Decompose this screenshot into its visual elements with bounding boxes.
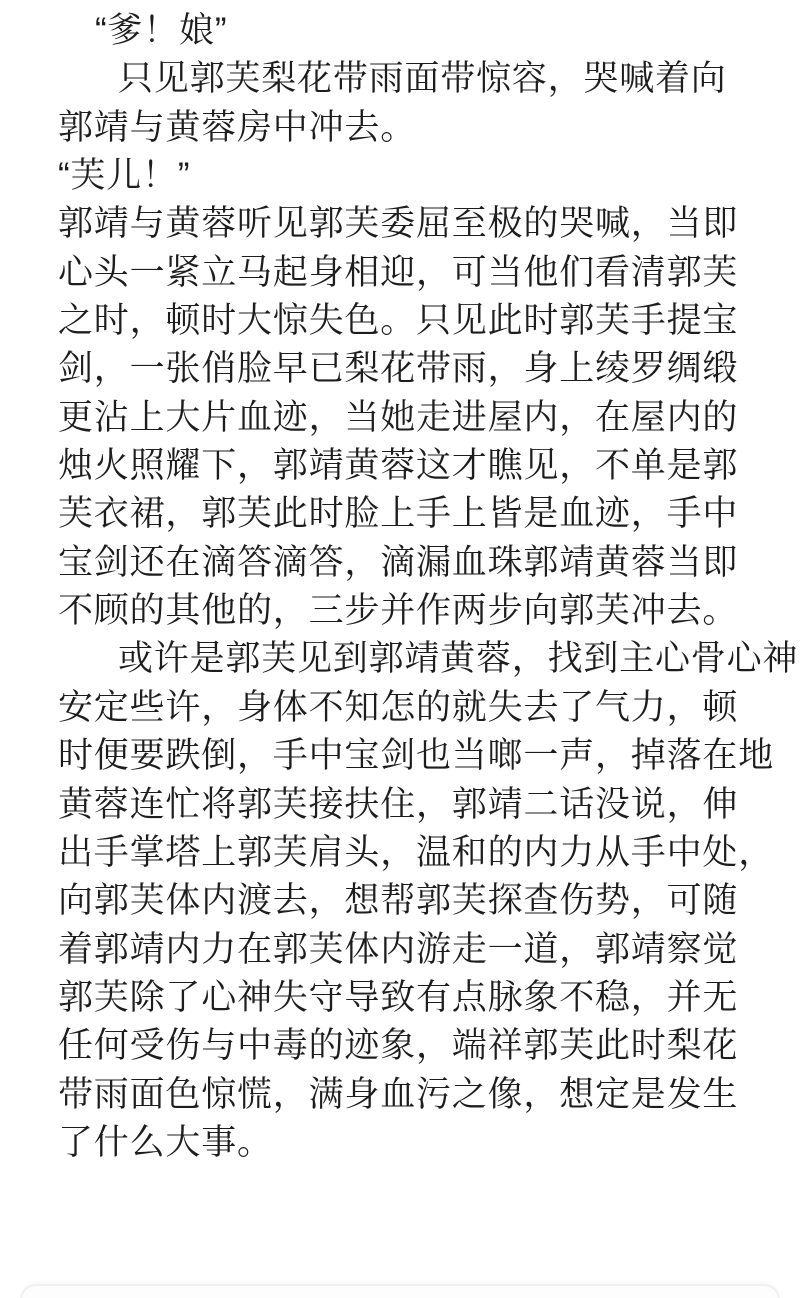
novel-text-body: “爹！娘”只见郭芙梨花带雨面带惊容，哭喊着向郭靖与黄蓉房中冲去。“芙儿！”郭靖与…: [58, 7, 798, 1167]
text-line: 剑，一张俏脸早已梨花带雨，身上绫罗绸缎: [58, 345, 798, 393]
text-line: 时便要跌倒，手中宝剑也当啷一声，掉落在地: [58, 732, 798, 780]
reader-page: “爹！娘”只见郭芙梨花带雨面带惊容，哭喊着向郭靖与黄蓉房中冲去。“芙儿！”郭靖与…: [0, 0, 800, 1298]
text-line: 心头一紧立马起身相迎，可当他们看清郭芙: [58, 249, 798, 297]
bottom-sheet-top-edge[interactable]: [20, 1284, 780, 1298]
text-line: 出手掌塔上郭芙肩头，温和的内力从手中处，: [58, 829, 798, 877]
text-line: 只见郭芙梨花带雨面带惊容，哭喊着向: [58, 55, 798, 103]
text-line: “芙儿！”: [58, 152, 798, 200]
text-line: 安定些许，身体不知怎的就失去了气力，顿: [58, 684, 798, 732]
text-line: 着郭靖内力在郭芙体内游走一道，郭靖察觉: [58, 926, 798, 974]
text-line: 了什么大事。: [58, 1119, 798, 1167]
text-line: 烛火照耀下，郭靖黄蓉这才瞧见，不单是郭: [58, 442, 798, 490]
text-line: 之时，顿时大惊失色。只见此时郭芙手提宝: [58, 297, 798, 345]
text-line: 任何受伤与中毒的迹象，端祥郭芙此时梨花: [58, 1022, 798, 1070]
text-line: 或许是郭芙见到郭靖黄蓉，找到主心骨心神: [58, 635, 798, 683]
text-line: 郭芙除了心神失守导致有点脉象不稳，并无: [58, 974, 798, 1022]
text-line: “爹！娘”: [58, 7, 798, 55]
text-line: 芙衣裙，郭芙此时脸上手上皆是血迹，手中: [58, 490, 798, 538]
text-line: 更沾上大片血迹，当她走进屋内，在屋内的: [58, 394, 798, 442]
text-line: 宝剑还在滴答滴答，滴漏血珠郭靖黄蓉当即: [58, 539, 798, 587]
text-line: 不顾的其他的，三步并作两步向郭芙冲去。: [58, 587, 798, 635]
text-line: 黄蓉连忙将郭芙接扶住，郭靖二话没说，伸: [58, 781, 798, 829]
text-line: 向郭芙体内渡去，想帮郭芙探查伤势，可随: [58, 877, 798, 925]
text-line: 郭靖与黄蓉听见郭芙委屈至极的哭喊，当即: [58, 200, 798, 248]
text-line: 郭靖与黄蓉房中冲去。: [58, 104, 798, 152]
text-line: 带雨面色惊慌，满身血污之像，想定是发生: [58, 1071, 798, 1119]
